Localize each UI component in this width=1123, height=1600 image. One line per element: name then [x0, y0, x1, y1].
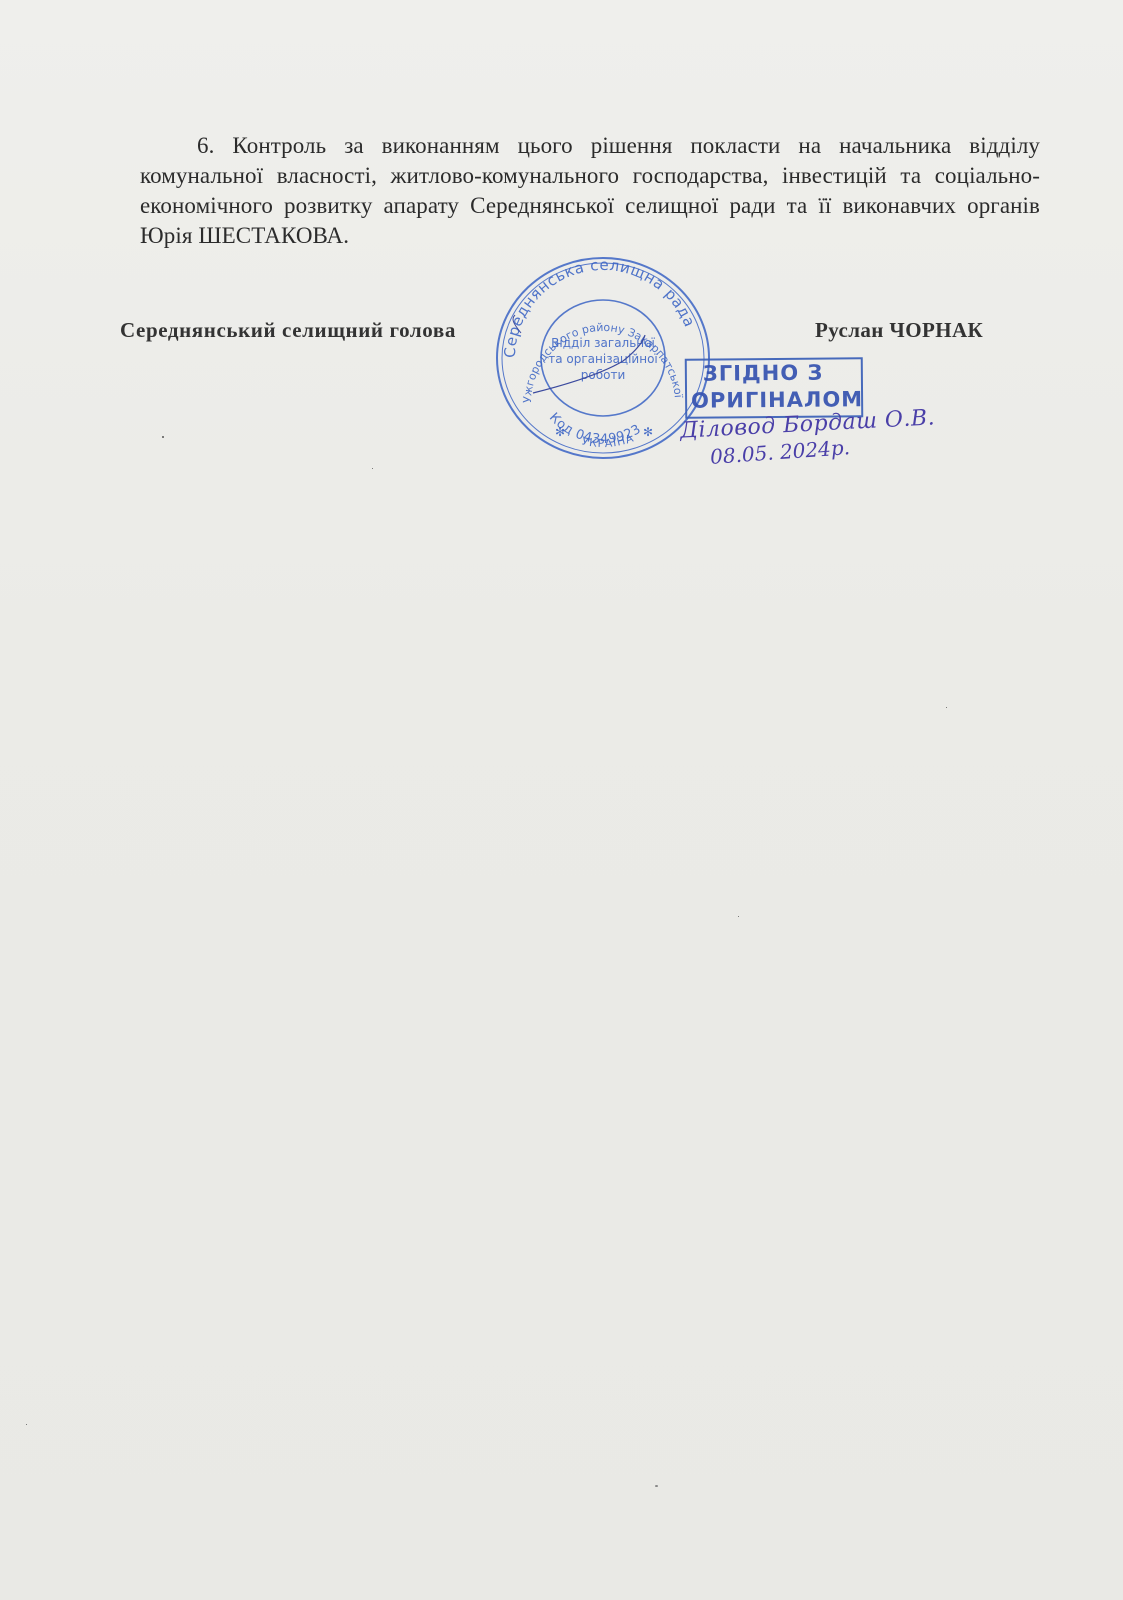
scan-speck — [738, 916, 739, 917]
svg-text:✻: ✻ — [643, 425, 653, 439]
decision-paragraph-6: 6. Контроль за виконанням цього рішення … — [140, 131, 1040, 251]
svg-text:✻: ✻ — [555, 425, 565, 439]
scan-speck — [946, 707, 947, 708]
scan-speck — [26, 1424, 27, 1425]
signatory-title: Середнянський селищний голова — [120, 318, 456, 343]
seal-center-line-1: Відділ загальної — [551, 336, 655, 350]
seal-center-line-3: роботи — [581, 368, 626, 382]
scan-speck — [655, 1485, 658, 1487]
scan-speck — [372, 468, 373, 469]
stamp-line-1: ЗГІДНО З — [701, 359, 861, 387]
signatory-name: Руслан ЧОРНАК — [815, 318, 983, 343]
scan-speck — [162, 436, 164, 438]
seal-center-line-2: та організаційної — [548, 352, 658, 366]
